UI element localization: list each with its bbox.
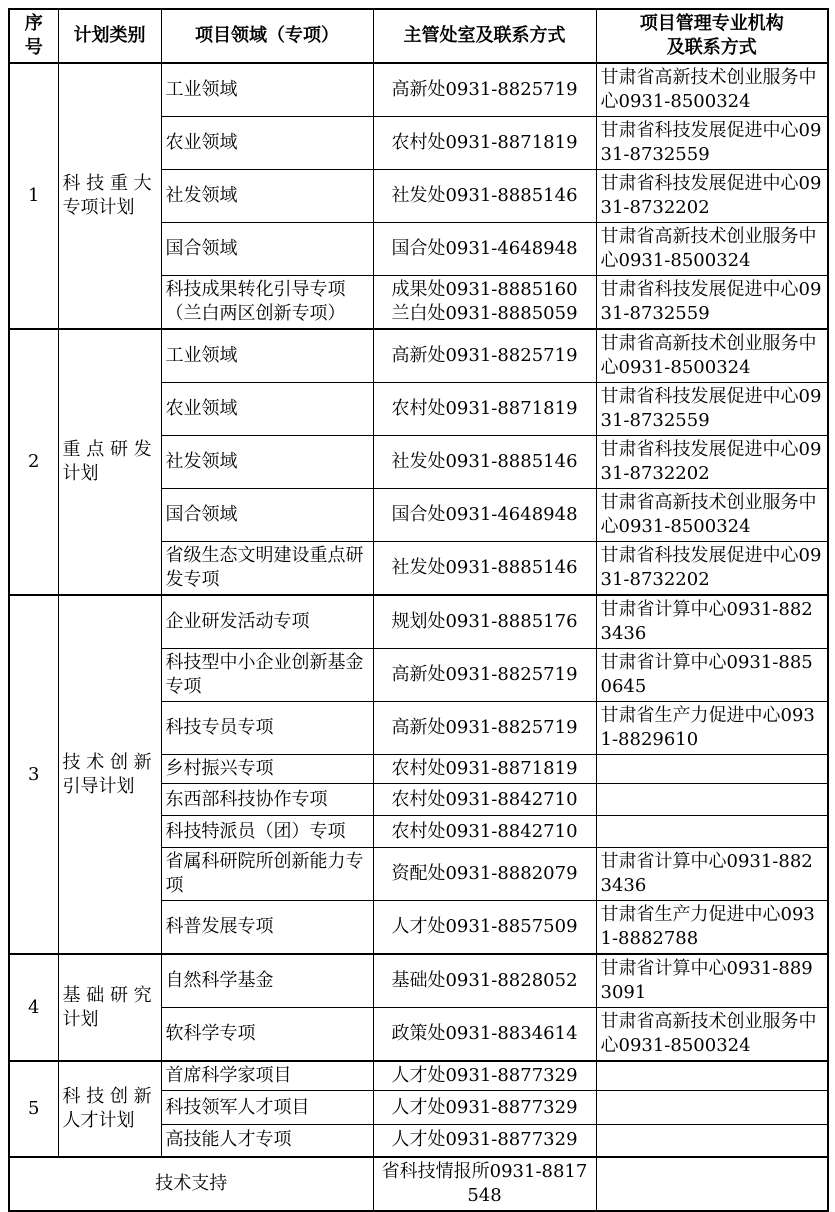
area-cell: 高技能人才专项	[161, 1125, 373, 1157]
index-cell: 5	[9, 1061, 58, 1157]
area-cell: 社发领域	[161, 436, 373, 489]
area-cell: 自然科学基金	[161, 954, 373, 1008]
office-cell: 成果处0931-8885160 兰白处0931-8885059	[373, 276, 596, 330]
area-cell: 科技特派员（团）专项	[161, 816, 373, 848]
area-cell: 科技专员专项	[161, 702, 373, 755]
agency-cell: 甘肃省计算中心0931-8823436	[596, 595, 828, 649]
agency-cell	[596, 816, 828, 848]
office-cell: 人才处0931-8857509	[373, 901, 596, 955]
office-cell: 社发处0931-8885146	[373, 170, 596, 223]
office-cell: 政策处0931-8834614	[373, 1008, 596, 1062]
office-cell: 社发处0931-8885146	[373, 436, 596, 489]
area-cell: 科技领军人才项目	[161, 1091, 373, 1125]
agency-cell	[596, 755, 828, 784]
category-cell: 科 技 重 大 专项计划	[58, 63, 161, 329]
agency-cell: 甘肃省计算中心0931-8823436	[596, 848, 828, 901]
area-cell: 科技型中小企业创新基金专项	[161, 649, 373, 702]
header-agency: 项目管理专业机构 及联系方式	[596, 9, 828, 63]
office-cell: 规划处0931-8885176	[373, 595, 596, 649]
area-cell: 企业研发活动专项	[161, 595, 373, 649]
index-cell: 3	[9, 595, 58, 954]
agency-cell: 甘肃省高新技术创业服务中心0931-8500324	[596, 329, 828, 383]
footer-agency-cell	[596, 1157, 828, 1211]
office-cell: 社发处0931-8885146	[373, 542, 596, 596]
office-cell: 基础处0931-8828052	[373, 954, 596, 1008]
document-page: 序 号 计划类别 项目领域（专项） 主管处室及联系方式 项目管理专业机构 及联系…	[0, 0, 835, 1108]
agency-cell	[596, 1125, 828, 1157]
area-cell: 农业领域	[161, 383, 373, 436]
area-cell: 工业领域	[161, 329, 373, 383]
agency-cell: 甘肃省生产力促进中心0931-8882788	[596, 901, 828, 955]
index-cell: 1	[9, 63, 58, 329]
area-cell: 农业领域	[161, 117, 373, 170]
area-cell: 社发领域	[161, 170, 373, 223]
agency-cell: 甘肃省科技发展促进中心0931-8732202	[596, 436, 828, 489]
area-cell: 省级生态文明建设重点研发专项	[161, 542, 373, 596]
agency-cell: 甘肃省科技发展促进中心0931-8732202	[596, 542, 828, 596]
area-cell: 省属科研院所创新能力专项	[161, 848, 373, 901]
footer-office-cell: 省科技情报所0931-8817548	[373, 1157, 596, 1211]
office-cell: 国合处0931-4648948	[373, 489, 596, 542]
table-footer: 技术支持 省科技情报所0931-8817548	[9, 1157, 828, 1211]
office-cell: 农村处0931-8871819	[373, 117, 596, 170]
office-cell: 资配处0931-8882079	[373, 848, 596, 901]
area-cell: 东西部科技协作专项	[161, 784, 373, 816]
agency-cell: 甘肃省高新技术创业服务中心0931-8500324	[596, 223, 828, 276]
area-cell: 首席科学家项目	[161, 1061, 373, 1091]
table-row: 1科 技 重 大 专项计划工业领域高新处0931-8825719甘肃省高新技术创…	[9, 63, 828, 117]
area-cell: 科技成果转化引导专项 （兰白两区创新专项）	[161, 276, 373, 330]
office-cell: 人才处0931-8877329	[373, 1125, 596, 1157]
table-row: 4基 础 研 究 计划自然科学基金基础处0931-8828052甘肃省计算中心0…	[9, 954, 828, 1008]
area-cell: 国合领域	[161, 223, 373, 276]
agency-cell: 甘肃省计算中心0931-8893091	[596, 954, 828, 1008]
agency-cell: 甘肃省科技发展促进中心0931-8732559	[596, 276, 828, 330]
agency-cell	[596, 1091, 828, 1125]
agency-cell: 甘肃省科技发展促进中心0931-8732559	[596, 117, 828, 170]
office-cell: 农村处0931-8842710	[373, 816, 596, 848]
header-category: 计划类别	[58, 9, 161, 63]
area-cell: 软科学专项	[161, 1008, 373, 1062]
agency-cell: 甘肃省高新技术创业服务中心0931-8500324	[596, 1008, 828, 1062]
table-row: 2重 点 研 发 计划工业领域高新处0931-8825719甘肃省高新技术创业服…	[9, 329, 828, 383]
header-office: 主管处室及联系方式	[373, 9, 596, 63]
table-row: 5科 技 创 新 人才计划首席科学家项目人才处0931-8877329	[9, 1061, 828, 1091]
table-body: 1科 技 重 大 专项计划工业领域高新处0931-8825719甘肃省高新技术创…	[9, 63, 828, 1157]
header-row: 序 号 计划类别 项目领域（专项） 主管处室及联系方式 项目管理专业机构 及联系…	[9, 9, 828, 63]
office-cell: 高新处0931-8825719	[373, 63, 596, 117]
agency-cell: 甘肃省生产力促进中心0931-8829610	[596, 702, 828, 755]
area-cell: 科普发展专项	[161, 901, 373, 955]
agency-cell: 甘肃省高新技术创业服务中心0931-8500324	[596, 63, 828, 117]
office-cell: 国合处0931-4648948	[373, 223, 596, 276]
program-contact-table: 序 号 计划类别 项目领域（专项） 主管处室及联系方式 项目管理专业机构 及联系…	[8, 8, 829, 1212]
agency-cell	[596, 784, 828, 816]
office-cell: 人才处0931-8877329	[373, 1091, 596, 1125]
office-cell: 人才处0931-8877329	[373, 1061, 596, 1091]
agency-cell: 甘肃省高新技术创业服务中心0931-8500324	[596, 489, 828, 542]
category-cell: 科 技 创 新 人才计划	[58, 1061, 161, 1157]
office-cell: 农村处0931-8871819	[373, 755, 596, 784]
agency-cell	[596, 1061, 828, 1091]
footer-label: 技术支持	[9, 1157, 373, 1211]
header-area: 项目领域（专项）	[161, 9, 373, 63]
office-cell: 农村处0931-8842710	[373, 784, 596, 816]
agency-cell: 甘肃省科技发展促进中心0931-8732559	[596, 383, 828, 436]
category-cell: 基 础 研 究 计划	[58, 954, 161, 1061]
category-cell: 重 点 研 发 计划	[58, 329, 161, 595]
category-cell: 技 术 创 新 引导计划	[58, 595, 161, 954]
header-index: 序 号	[9, 9, 58, 63]
office-cell: 高新处0931-8825719	[373, 649, 596, 702]
index-cell: 2	[9, 329, 58, 595]
agency-cell: 甘肃省科技发展促进中心0931-8732202	[596, 170, 828, 223]
office-cell: 高新处0931-8825719	[373, 702, 596, 755]
office-cell: 高新处0931-8825719	[373, 329, 596, 383]
area-cell: 工业领域	[161, 63, 373, 117]
index-cell: 4	[9, 954, 58, 1061]
table-row: 3技 术 创 新 引导计划企业研发活动专项规划处0931-8885176甘肃省计…	[9, 595, 828, 649]
footer-row: 技术支持 省科技情报所0931-8817548	[9, 1157, 828, 1211]
area-cell: 乡村振兴专项	[161, 755, 373, 784]
table-header: 序 号 计划类别 项目领域（专项） 主管处室及联系方式 项目管理专业机构 及联系…	[9, 9, 828, 63]
area-cell: 国合领域	[161, 489, 373, 542]
agency-cell: 甘肃省计算中心0931-8850645	[596, 649, 828, 702]
office-cell: 农村处0931-8871819	[373, 383, 596, 436]
